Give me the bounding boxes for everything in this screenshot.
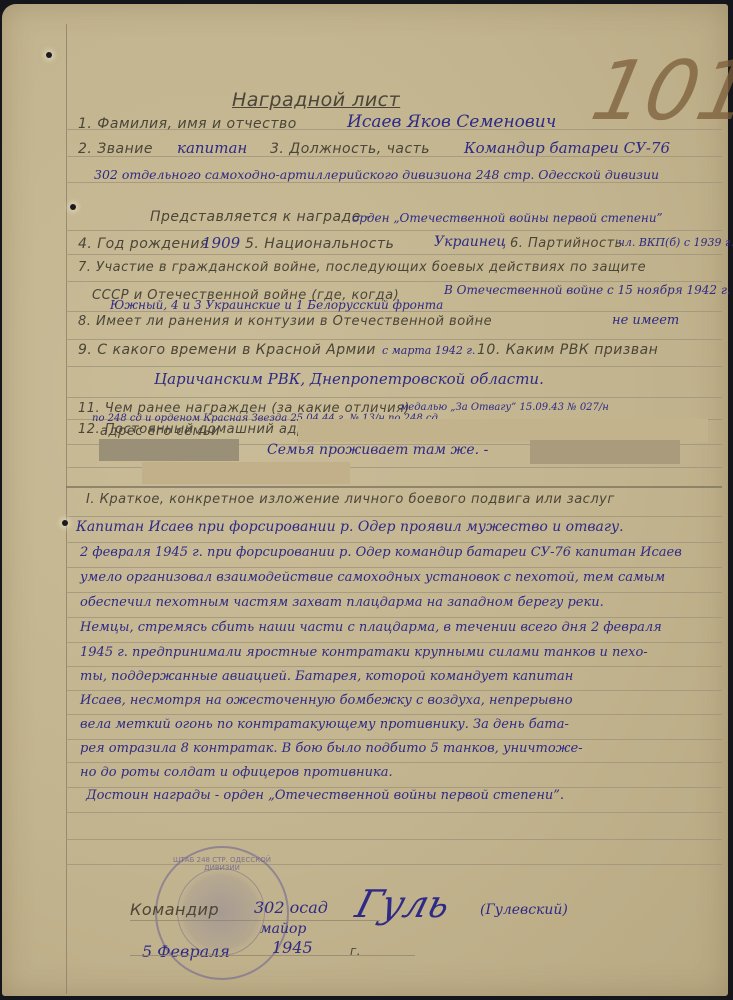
signatory-rank: майор xyxy=(260,921,306,937)
ruled-line xyxy=(66,366,722,367)
feat-line: ты, поддержанные авиацией. Батарея, кото… xyxy=(80,669,573,684)
feat-line: Немцы, стремясь сбить наши части с плацд… xyxy=(80,620,662,635)
ruled-line xyxy=(66,592,722,593)
family-address-value: Семья проживает там же. - xyxy=(267,442,488,458)
field-2-label: 2. Звание xyxy=(78,141,153,157)
punch-hole xyxy=(70,204,76,210)
feat-line: умело организовал взаимодействие самоход… xyxy=(80,570,665,585)
feat-line: Исаев, несмотря на ожесточенную бомбежку… xyxy=(80,693,573,708)
field-7-label: 7. Участие в гражданской войне, последую… xyxy=(78,260,646,275)
service-since-value: с марта 1942 г. xyxy=(382,344,475,357)
fronts-value: Южный, 4 и 3 Украинские и 1 Белорусский … xyxy=(110,298,443,312)
nomination-label: Представляется к награде - xyxy=(150,209,371,225)
ruled-line xyxy=(66,739,722,740)
signature-line xyxy=(130,920,380,921)
conscription-office-value: Царичанским РВК, Днепропетровской област… xyxy=(154,370,544,388)
redacted-address xyxy=(298,419,708,442)
redacted-block xyxy=(99,439,239,461)
feat-heading: I. Краткое, конкретное изложение личного… xyxy=(86,492,615,507)
ruled-line xyxy=(66,617,722,618)
ruled-line xyxy=(66,516,722,517)
signatory-unit: 302 осад xyxy=(254,898,328,917)
field-3-label: 3. Должность, часть xyxy=(270,141,430,157)
ruled-line xyxy=(66,254,722,255)
section-divider xyxy=(66,486,722,488)
party-value: чл. ВКП(б) с 1939 г. xyxy=(618,236,733,249)
feat-line: рея отразила 8 контратак. В бою было под… xyxy=(80,741,583,756)
ruled-line xyxy=(66,762,722,763)
nomination-value: орден „Отечественной войны первой степен… xyxy=(352,211,663,225)
recommendation-line: Достоин награды - орден „Отечественной в… xyxy=(86,788,564,803)
punch-hole xyxy=(62,520,68,526)
signing-date: 5 Февраля xyxy=(142,942,230,961)
unit-value: 302 отдельного самоходно-артиллерийского… xyxy=(94,167,659,182)
date-line xyxy=(130,955,415,956)
ruled-line xyxy=(66,182,722,183)
punch-hole xyxy=(46,52,52,58)
ruled-line xyxy=(66,567,722,568)
feat-line: 2 февраля 1945 г. при форсировании р. Од… xyxy=(80,545,682,560)
field-8-label: 8. Имеет ли ранения и контузии в Отечест… xyxy=(78,314,492,329)
wounds-value: не имеет xyxy=(612,313,679,328)
field-10-label: 10. Каким РВК призван xyxy=(477,342,658,358)
feat-line: вела меткий огонь по контратакующему про… xyxy=(80,717,569,732)
ruled-line xyxy=(66,714,722,715)
redacted-block xyxy=(142,462,350,484)
ruled-line xyxy=(66,542,722,543)
ruled-line xyxy=(66,839,722,840)
award-sheet-paper: 101 Наградной лист 1. Фамилия, имя и отч… xyxy=(2,4,728,996)
field-5-label: 5. Национальность xyxy=(245,236,394,252)
ruled-line xyxy=(66,230,722,231)
ruled-line xyxy=(66,281,722,282)
page-title: Наградной лист xyxy=(232,89,400,111)
field-9-label: 9. С какого времени в Красной Армии xyxy=(78,342,376,358)
field-1-label: 1. Фамилия, имя и отчество xyxy=(78,116,297,132)
feat-line: обеспечил пехотным частям захват плацдар… xyxy=(80,595,604,610)
ruled-line xyxy=(66,339,722,340)
war-participation-value: В Отечественной войне с 15 ноября 1942 г… xyxy=(444,283,731,297)
archive-number: 101 xyxy=(584,44,733,139)
prior-awards-value: медалью „За Отвагу” 15.09.43 № 027/н xyxy=(400,402,609,413)
nationality-value: Украинец xyxy=(434,234,506,250)
feat-line: Капитан Исаев при форсировании р. Одер п… xyxy=(76,519,624,535)
ruled-line xyxy=(66,812,722,813)
ruled-line xyxy=(66,690,722,691)
ruled-line xyxy=(66,666,722,667)
feat-line: 1945 г. предпринимали яростные контратак… xyxy=(80,645,648,660)
birth-year-value: 1909 xyxy=(202,234,240,252)
feat-line: но до роты солдат и офицеров противника. xyxy=(80,765,393,780)
signatory-name: (Гулевский) xyxy=(480,902,568,918)
ruled-line xyxy=(66,397,722,398)
field-6-label: 6. Партийность xyxy=(510,236,623,251)
full-name-value: Исаев Яков Семенович xyxy=(347,112,556,132)
signatory-position: Командир xyxy=(130,900,219,919)
redacted-block xyxy=(530,440,680,464)
margin-line xyxy=(66,24,67,994)
field-4-label: 4. Год рождения xyxy=(78,236,209,252)
field-12-label-cont: адрес его семьи xyxy=(100,424,220,439)
position-value: Командир батареи СУ-76 xyxy=(464,139,670,157)
ruled-line xyxy=(66,642,722,643)
rank-value: капитан xyxy=(177,139,247,157)
